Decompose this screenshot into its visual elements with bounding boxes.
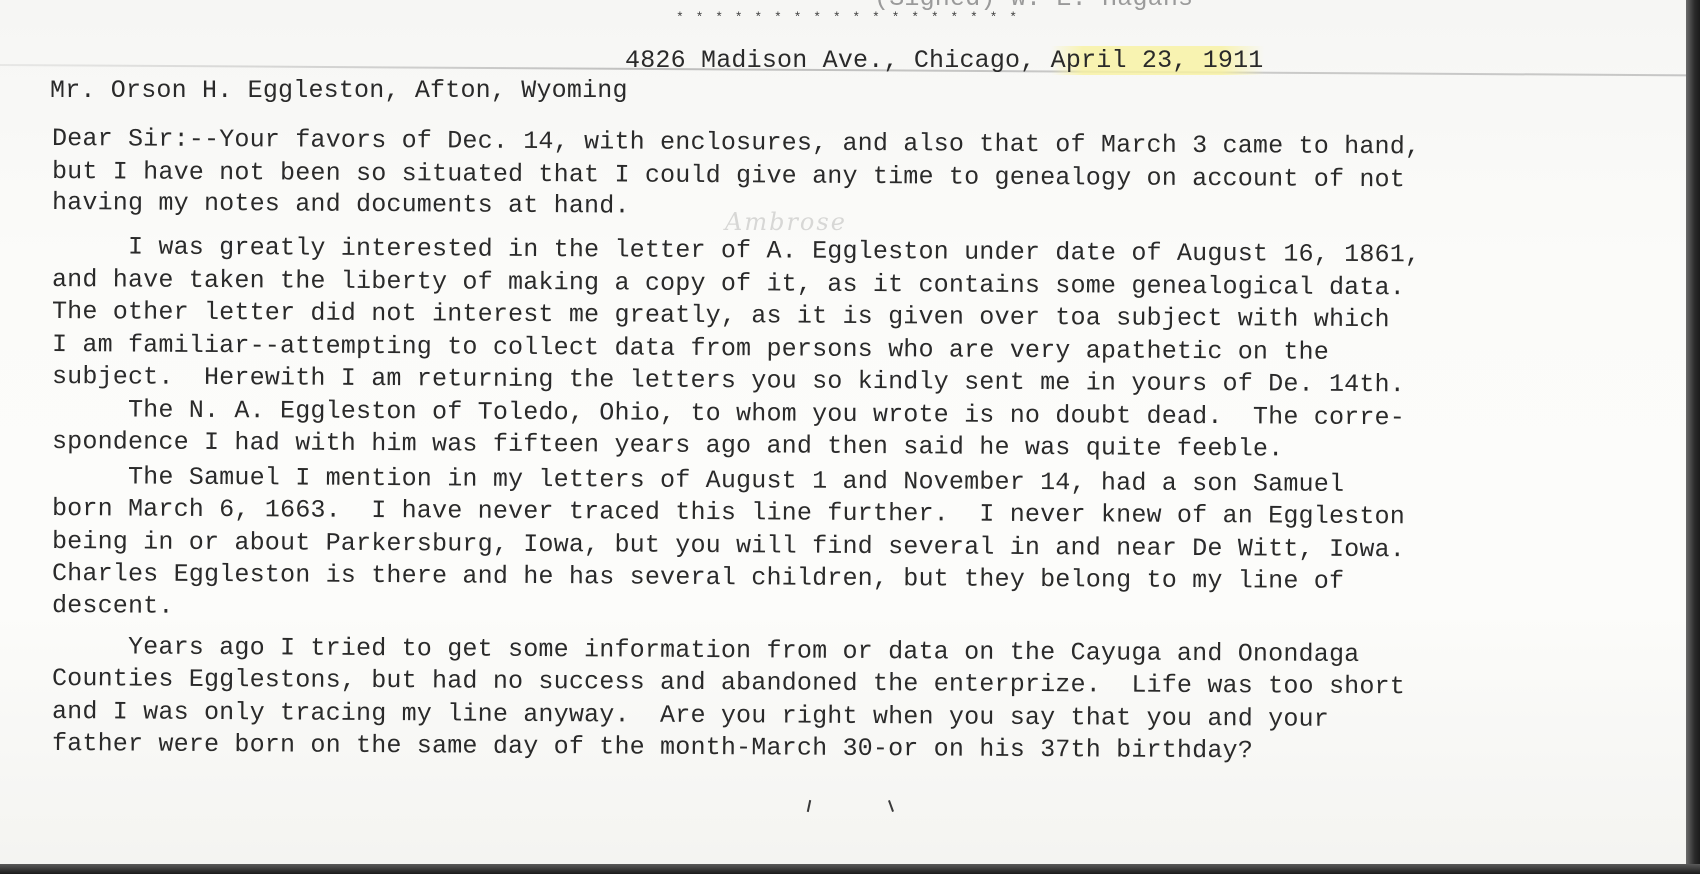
- letter-line: descent.: [52, 591, 174, 621]
- stray-mark: [888, 800, 894, 812]
- letter-line: born March 6, 1663. I have never traced …: [52, 494, 1405, 531]
- separator-stars: * * * * * * * * * * * * * * * * * *: [676, 10, 1019, 25]
- letter-line: and I was only tracing my line anyway. A…: [52, 697, 1329, 734]
- letter-line: and have taken the liberty of making a c…: [52, 265, 1405, 302]
- letter-line: having my notes and documents at hand.: [52, 188, 630, 221]
- address: 4826 Madison Ave., Chicago,: [625, 46, 1051, 75]
- letter-line: Charles Eggleston is there and he has se…: [52, 559, 1344, 596]
- recipient-line: Mr. Orson H. Eggleston, Afton, Wyoming: [50, 76, 628, 105]
- letter-line: I am familiar--attempting to collect dat…: [52, 330, 1329, 367]
- letter-line: spondence I had with him was fifteen yea…: [52, 427, 1284, 464]
- letter-line: Counties Egglestons, but had no success …: [52, 664, 1405, 701]
- stray-mark: [807, 800, 811, 812]
- letter-line: being in or about Parkersburg, Iowa, but…: [52, 527, 1405, 564]
- date-highlighted: April 23, 1911: [1051, 46, 1264, 75]
- letter-line: subject. Herewith I am returning the let…: [52, 362, 1405, 399]
- scan-edge-right: [1686, 0, 1700, 874]
- letter-line: The other letter did not interest me gre…: [52, 297, 1390, 334]
- letter-page: (Signed) W. E. Hagans * * * * * * * * * …: [0, 0, 1690, 864]
- handwritten-note-faint: Ambrose: [725, 208, 847, 236]
- letter-line: Years ago I tried to get some informatio…: [52, 632, 1360, 669]
- letter-line: The N. A. Eggleston of Toledo, Ohio, to …: [52, 395, 1405, 432]
- scan-edge-bottom: [0, 864, 1700, 874]
- letter-line: I was greatly interested in the letter o…: [52, 232, 1420, 269]
- letter-line: Dear Sir:--Your favors of Dec. 14, with …: [52, 124, 1420, 161]
- letter-line: father were born on the same day of the …: [52, 729, 1253, 765]
- dateline: 4826 Madison Ave., Chicago, April 23, 19…: [625, 46, 1264, 75]
- letter-line: The Samuel I mention in my letters of Au…: [52, 462, 1344, 499]
